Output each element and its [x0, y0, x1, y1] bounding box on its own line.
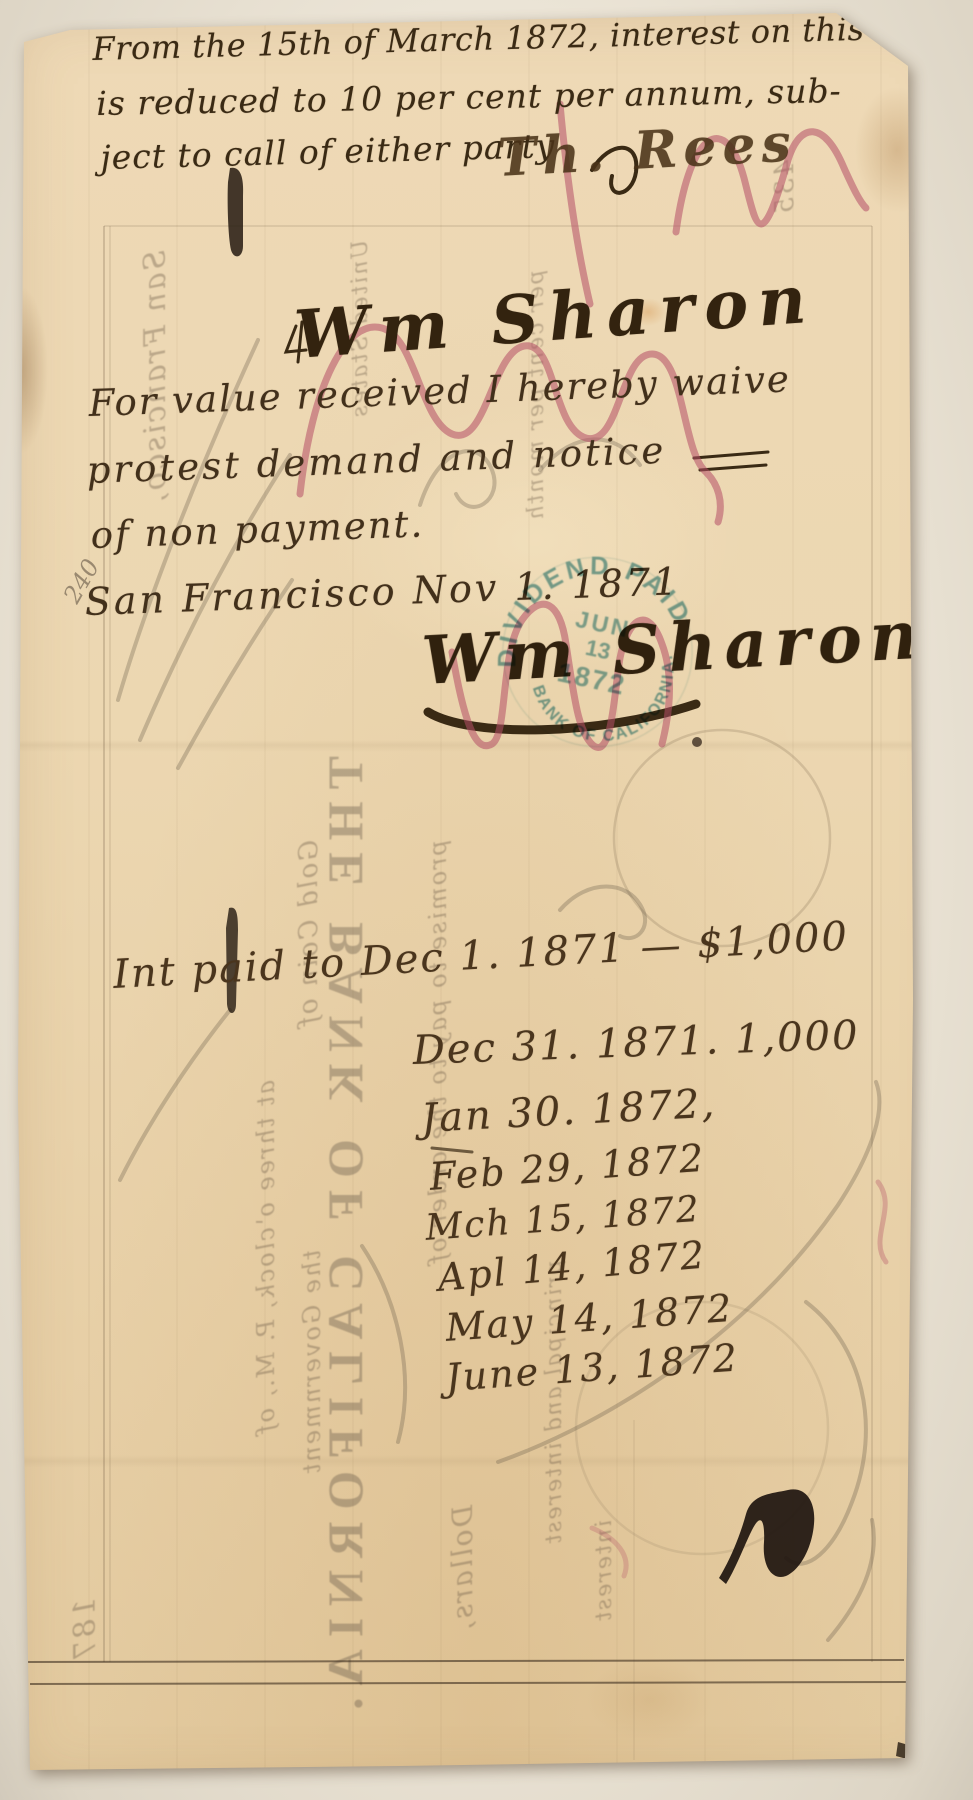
- waiver-line-1: For value received I hereby waive: [88, 357, 791, 424]
- bleedthrough-fragment: Gold Coin of: [294, 840, 324, 1160]
- interest-entry: Jan 30. 1872,: [420, 1081, 717, 1142]
- embossed-seal-ring: [614, 730, 830, 946]
- photo-backdrop: THE BANK OF CALIFORNIA. San Francisco, a…: [0, 0, 973, 1800]
- stamp-date-year: 1872: [555, 656, 629, 701]
- endorsement-signature: Th. Rees: [496, 112, 798, 189]
- bleedthrough-fragment: at three o'clock, P. M., of: [252, 1080, 280, 1740]
- stamp-date-day: 13: [583, 635, 613, 665]
- interest-entry: Dec 31. 1871. 1,000: [412, 1012, 860, 1074]
- bleedthrough-fragment: interest: [592, 1520, 617, 1700]
- bleedthrough-fragment: Dollars,: [446, 1505, 479, 1740]
- bleedthrough-fragment: 187: [68, 1598, 103, 1698]
- endorsement-line-3: ject to call of either party: [100, 126, 556, 177]
- document-paper-wrap: THE BANK OF CALIFORNIA. San Francisco, a…: [0, 0, 973, 1800]
- interest-entry: Feb 29, 1872: [428, 1136, 707, 1199]
- document-paper: THE BANK OF CALIFORNIA. San Francisco, a…: [0, 0, 973, 1800]
- bleedthrough-fragment: the Government: [298, 1250, 326, 1600]
- dividend-paid-stamp: DIVIDEND PAID BANK OF CALIFORNIA. JUN 13…: [461, 514, 733, 786]
- waiver-line-2: protest demand and notice: [86, 429, 667, 492]
- interest-paid-heading: Int paid to Dec 1. 1871 — $1,000: [112, 913, 850, 997]
- endorsement-line-1: From the 15th of March 1872, interest on…: [92, 8, 949, 68]
